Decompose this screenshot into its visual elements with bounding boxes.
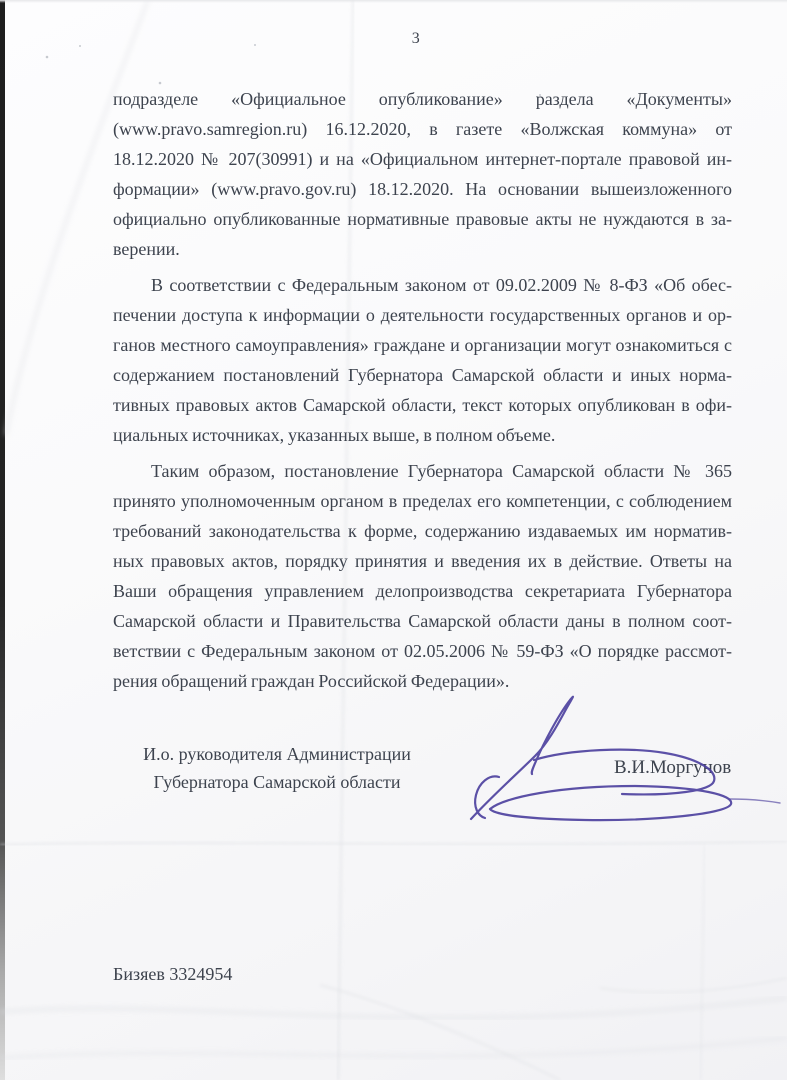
- signer-title-line2: Губернатора Самарской области: [116, 769, 438, 797]
- paragraph: В соответствии с Федеральным законом от …: [113, 270, 732, 450]
- text-line: печении доступа к информации о деятельно…: [113, 300, 732, 330]
- text-line: официально опубликованные нормативные пр…: [113, 204, 732, 234]
- text-line: тивных правовых актов Самарской области,…: [113, 390, 732, 420]
- text-line: требований законодательства к форме, сод…: [113, 516, 732, 546]
- text-line: принято уполномоченным органом в предела…: [113, 486, 732, 516]
- text-line: формации» (www.pravo.gov.ru) 18.12.2020.…: [113, 174, 732, 204]
- handwritten-signature: [452, 672, 787, 842]
- text-line: циальных источниках, указанных выше, в п…: [113, 420, 732, 450]
- scanner-edge-shadow: [0, 0, 5, 1080]
- scanned-page: 3 подразделе «Официальное опубликование»…: [0, 0, 787, 1080]
- text-line: ганов местного самоуправления» граждане …: [113, 330, 732, 360]
- text-line: Самарской области и Правительства Самарс…: [113, 606, 732, 636]
- document-body: подразделе «Официальное опубликование» р…: [113, 84, 732, 702]
- text-line: ных правовых актов, порядку принятия и в…: [113, 546, 732, 576]
- text-line: Ваши обращения управлением делопроизводс…: [113, 576, 732, 606]
- text-line: подразделе «Официальное опубликование» р…: [113, 84, 732, 114]
- executor-note: Бизяев 3324954: [113, 964, 232, 985]
- text-line: Таким образом, постановление Губернатора…: [113, 456, 732, 486]
- text-line: верении.: [113, 234, 732, 264]
- text-line: В соответствии с Федеральным законом от …: [113, 270, 732, 300]
- scan-top-edge: [0, 0, 787, 3]
- text-line: ветствии с Федеральным законом от 02.05.…: [113, 636, 732, 666]
- text-line: (www.pravo.samregion.ru) 16.12.2020, в г…: [113, 114, 732, 144]
- paragraph: Таким образом, постановление Губернатора…: [113, 456, 732, 696]
- signer-title: И.о. руководителя Администрации Губернат…: [116, 741, 438, 796]
- signer-title-line1: И.о. руководителя Администрации: [116, 741, 438, 769]
- text-line: 18.12.2020 № 207(30991) и на «Официально…: [113, 144, 732, 174]
- text-line: содержанием постановлений Губернатора Са…: [113, 360, 732, 390]
- page-number: 3: [113, 30, 719, 48]
- paragraph: подразделе «Официальное опубликование» р…: [113, 84, 732, 264]
